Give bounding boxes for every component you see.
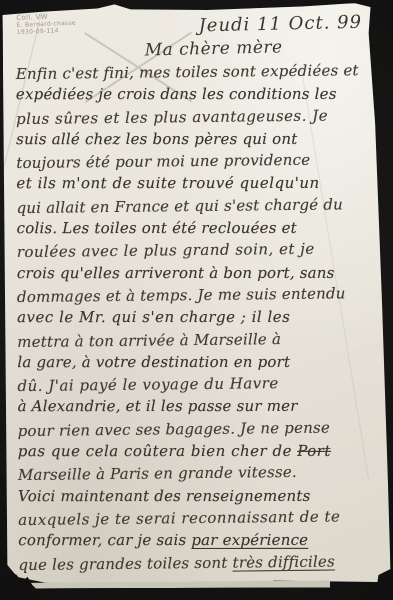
letter-date: Jeudi 11 Oct. 99 <box>199 12 363 37</box>
archival-pencil-note: Coll. VW E. Bernard-chasse 1930-09-114 <box>16 13 76 36</box>
letter-line: qui allait en France et qui s'est chargé… <box>16 193 381 219</box>
letter-line: conformer, car je sais par expérience <box>18 529 383 552</box>
letter-line: pour rien avec ses bagages. Je ne pense <box>18 416 383 442</box>
photo-of-letter: { "photo": { "background_color": "#15151… <box>0 0 393 600</box>
letter-line: expédiées je crois dans les conditions l… <box>16 83 381 106</box>
letter-line: colis. Les toiles ont été reclouées et <box>17 217 382 240</box>
letter-line: Enfin c'est fini, mes toiles sont expédi… <box>16 59 381 85</box>
letter-line: à Alexandrie, et il les passe sur mer <box>18 395 383 418</box>
letter-line: dommages et à temps. Je me suis entendu <box>17 282 382 308</box>
letter-line: suis allé chez les bons pères qui ont <box>16 128 381 151</box>
letter-line: dû. J'ai payé le voyage du Havre <box>17 371 382 397</box>
letter-line: crois qu'elles arriveront à bon port, sa… <box>17 261 382 284</box>
letter-salutation: Ma chère mère <box>144 37 282 60</box>
letter-paper: Coll. VW E. Bernard-chasse 1930-09-114 J… <box>2 3 391 593</box>
letter-line: plus sûres et les plus avantageuses. Je <box>16 104 381 130</box>
letter-line: avec le Mr. qui s'en charge ; il les <box>17 306 382 329</box>
letter-line: et ils m'ont de suite trouvé quelqu'un <box>16 172 381 195</box>
letter-body: Enfin c'est fini, mes toiles sont expédi… <box>16 60 384 575</box>
letter-line: pas que cela coûtera bien cher de Port <box>18 440 383 463</box>
letter-line: Voici maintenant des renseignements <box>18 484 383 507</box>
archival-note-line: 1930-09-114 <box>17 27 77 36</box>
letter-line: la gare, à votre destination en port <box>17 351 382 374</box>
letter-line: mettra à ton arrivée à Marseille à <box>17 326 382 352</box>
letter-line: auxquels je te serai reconnaissant de te <box>18 505 383 531</box>
letter-line: toujours été pour moi une providence <box>16 148 381 174</box>
letter-line: Marseille à Paris en grande vitesse. <box>18 460 383 486</box>
letter-line: roulées avec le plus grand soin, et je <box>17 237 382 263</box>
letter-line: que les grandes toiles sont très diffici… <box>18 549 383 575</box>
